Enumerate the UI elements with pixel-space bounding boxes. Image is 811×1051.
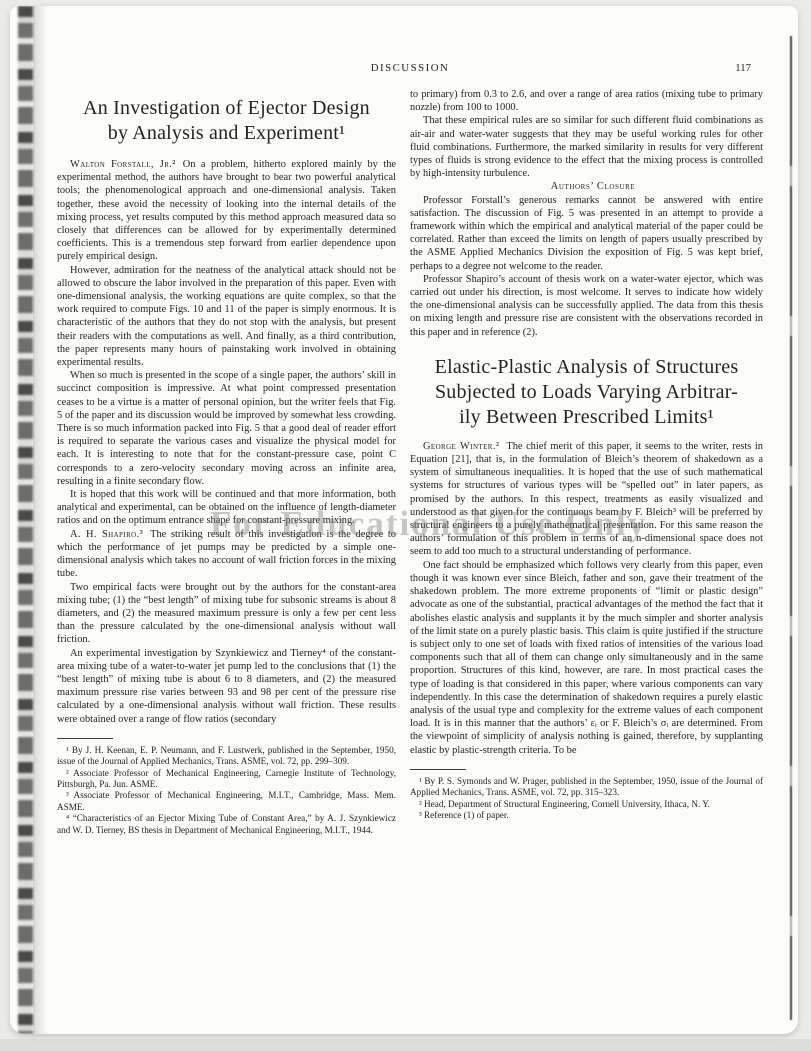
footnote: ¹ By P. S. Symonds and W. Prager, publis… (410, 776, 763, 799)
journal-page: DISCUSSION 117 An Investigation of Eject… (10, 6, 798, 1034)
discussion-paragraph: George Winter.²The chief merit of this p… (410, 440, 763, 559)
footnote: ² Associate Professor of Mechanical Engi… (57, 768, 396, 791)
binding-edge-texture (18, 6, 33, 1034)
discussion-paragraph: Two empirical facts were brought out by … (57, 581, 396, 647)
authors-closure-heading: Authors’ Closure (410, 180, 763, 193)
discussion-paragraph: It is hoped that this work will be conti… (57, 488, 396, 528)
footnote-rule (410, 769, 466, 770)
binding-shadow (33, 6, 47, 1034)
article-title-line2: Subjected to Loads Varying Arbitrar- (410, 380, 763, 405)
discussion-paragraph: Walton Forstall, Jr.²On a problem, hithe… (57, 158, 396, 264)
footnote: ⁴ “Characteristics of an Ejector Mixing … (57, 813, 396, 836)
discussion-paragraph: When so much is presented in the scope o… (57, 369, 396, 488)
right-footnotes: ¹ By P. S. Symonds and W. Prager, publis… (410, 769, 763, 822)
page-content: DISCUSSION 117 An Investigation of Eject… (57, 6, 763, 1034)
discusser-name-forstall: Walton Forstall, Jr.² (70, 159, 176, 170)
article-title-line2: by Analysis and Experiment¹ (57, 121, 396, 146)
continuation-paragraph: to primary) from 0.3 to 2.6, and over a … (410, 88, 763, 114)
left-footnotes: ¹ By J. H. Keenan, E. P. Neumann, and F.… (57, 738, 396, 836)
right-column: to primary) from 0.3 to 2.6, and over a … (410, 88, 763, 836)
footnote-rule (57, 738, 113, 739)
article-title-line1: Elastic-Plastic Analysis of Structures (410, 355, 763, 380)
paragraph-text: On a problem, hitherto explored mainly b… (57, 159, 396, 262)
left-column: An Investigation of Ejector Design by An… (57, 88, 396, 836)
scan-edge-line (790, 36, 792, 1020)
footnote: ³ Reference (1) of paper. (410, 810, 763, 821)
discusser-name-winter: George Winter.² (423, 441, 499, 452)
article-title-ejector: An Investigation of Ejector Design by An… (57, 96, 396, 146)
closure-paragraph: Professor Forstall’s generous remarks ca… (410, 194, 763, 273)
footnote: ² Head, Department of Structural Enginee… (410, 799, 763, 810)
discussion-paragraph: A. H. Shapiro.³The striking result of th… (57, 528, 396, 581)
paragraph-text: The chief merit of this paper, it seems … (410, 441, 763, 558)
discusser-name-shapiro: A. H. Shapiro.³ (70, 529, 143, 540)
discussion-paragraph: One fact should be emphasized which foll… (410, 559, 763, 757)
discussion-paragraph: That these empirical rules are so simila… (410, 114, 763, 180)
discussion-paragraph: However, admiration for the neatness of … (57, 264, 396, 370)
scanned-page-wrapper: DISCUSSION 117 An Investigation of Eject… (0, 0, 811, 1051)
footnote: ³ Associate Professor of Mechanical Engi… (57, 790, 396, 813)
two-column-layout: An Investigation of Ejector Design by An… (57, 88, 763, 836)
running-head: DISCUSSION 117 (57, 62, 763, 78)
article-title-line1: An Investigation of Ejector Design (57, 96, 396, 121)
page-number: 117 (735, 62, 751, 74)
closure-paragraph: Professor Shapiro’s account of thesis wo… (410, 273, 763, 339)
article-title-line3: ily Between Prescribed Limits¹ (410, 405, 763, 430)
article-title-elastic-plastic: Elastic-Plastic Analysis of Structures S… (410, 355, 763, 430)
discussion-paragraph: An experimental investigation by Szynkie… (57, 647, 396, 726)
running-title: DISCUSSION (57, 62, 763, 74)
footnote: ¹ By J. H. Keenan, E. P. Neumann, and F.… (57, 745, 396, 768)
scan-bottom-strip (0, 1039, 811, 1051)
